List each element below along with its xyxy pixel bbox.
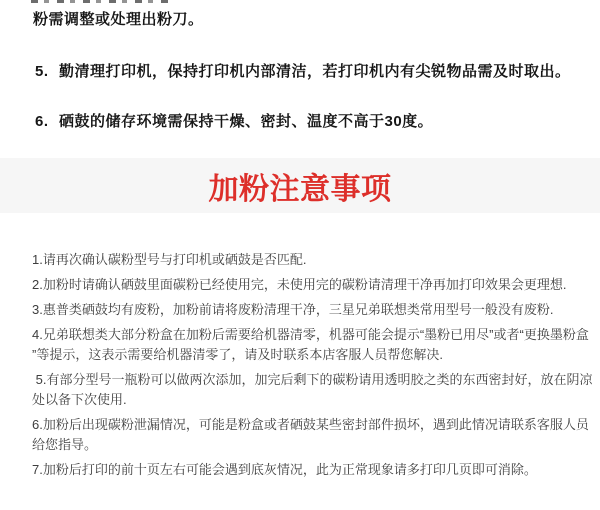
note-item-4-line-1: 4.兄弟联想类大部分粉盒在加粉后需要给机器清零，机器可能会提示“墨粉已用尽”或者… xyxy=(32,325,596,345)
tip-item-5-text: 勤清理打印机，保持打印机内部清洁，若打印机内有尖锐物品需及时取出。 xyxy=(59,63,571,80)
continuation-line: 粉需调整或处理出粉刀。 xyxy=(33,8,204,29)
note-item-7-line-1: 7.加粉后打印的前十页左右可能会遇到底灰情况，此为正常现象请多打印几页即可消除。 xyxy=(32,460,596,480)
note-item-6-line-1: 6.加粉后出现碳粉泄漏情况，可能是粉盒或者硒鼓某些密封部件损坏，遇到此情况请联系… xyxy=(32,415,596,435)
tip-item-5-number: 5. xyxy=(35,63,59,80)
tip-item-6-number: 6. xyxy=(35,113,59,130)
notice-banner: 加粉注意事项 xyxy=(0,158,600,213)
note-item-4: 4.兄弟联想类大部分粉盒在加粉后需要给机器清零，机器可能会提示“墨粉已用尽”或者… xyxy=(32,325,596,365)
note-item-5-line-1: 5.有部分型号一瓶粉可以做两次添加，加完后剩下的碳粉请用透明胶之类的东西密封好，… xyxy=(32,370,596,390)
note-item-1-line-1: 1.请再次确认碳粉型号与打印机或硒鼓是否匹配. xyxy=(32,250,596,270)
tip-item-5: 5.勤清理打印机，保持打印机内部清洁，若打印机内有尖锐物品需及时取出。 xyxy=(35,60,571,81)
note-item-2-line-1: 2.加粉时请确认硒鼓里面碳粉已经使用完，未使用完的碳粉请清理干净再加打印效果会更… xyxy=(32,275,596,295)
note-item-5: 5.有部分型号一瓶粉可以做两次添加，加完后剩下的碳粉请用透明胶之类的东西密封好，… xyxy=(32,370,596,410)
note-item-6: 6.加粉后出现碳粉泄漏情况，可能是粉盒或者硒鼓某些密封部件损坏，遇到此情况请联系… xyxy=(32,415,596,455)
tip-item-6-text: 硒鼓的储存环境需保持干燥、密封、温度不高于30度。 xyxy=(59,113,433,130)
clipped-previous-line xyxy=(31,0,169,3)
note-item-3-line-1: 3.惠普类硒鼓均有废粉，加粉前请将废粉清理干净，三星兄弟联想类常用型号一般没有废… xyxy=(32,300,596,320)
note-item-6-line-2: 给您指导。 xyxy=(32,435,596,455)
note-item-7: 7.加粉后打印的前十页左右可能会遇到底灰情况，此为正常现象请多打印几页即可消除。 xyxy=(32,460,596,480)
notes-section: 1.请再次确认碳粉型号与打印机或硒鼓是否匹配. 2.加粉时请确认硒鼓里面碳粉已经… xyxy=(32,250,596,485)
banner-title: 加粉注意事项 xyxy=(209,164,392,208)
note-item-3: 3.惠普类硒鼓均有废粉，加粉前请将废粉清理干净，三星兄弟联想类常用型号一般没有废… xyxy=(32,300,596,320)
note-item-4-line-2: ”等提示，这表示需要给机器清零了，请及时联系本店客服人员帮您解决. xyxy=(32,345,596,365)
note-item-5-line-2: 处以备下次使用. xyxy=(32,390,596,410)
toner-refill-instructions-page: 粉需调整或处理出粉刀。 5.勤清理打印机，保持打印机内部清洁，若打印机内有尖锐物… xyxy=(0,0,600,510)
tip-item-6: 6.硒鼓的储存环境需保持干燥、密封、温度不高于30度。 xyxy=(35,110,433,131)
note-item-2: 2.加粉时请确认硒鼓里面碳粉已经使用完，未使用完的碳粉请清理干净再加打印效果会更… xyxy=(32,275,596,295)
note-item-1: 1.请再次确认碳粉型号与打印机或硒鼓是否匹配. xyxy=(32,250,596,270)
